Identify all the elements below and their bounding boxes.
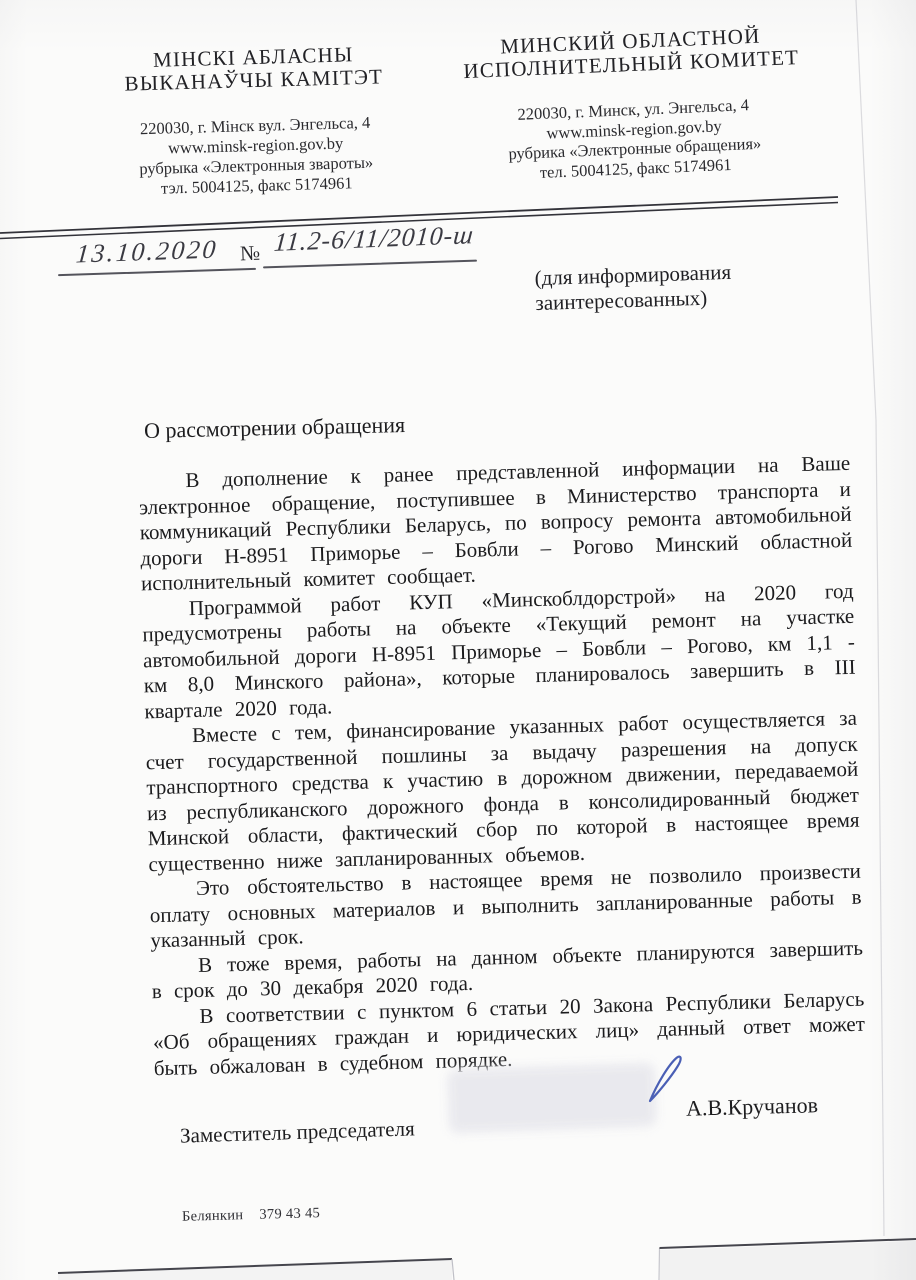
signatory-name: А.В.Кручанов bbox=[686, 1092, 819, 1121]
doc-number-handwritten: 11.2-6/11/2010-ш bbox=[273, 220, 475, 258]
scanner-bed-shadow bbox=[58, 1260, 452, 1280]
body-paragraph: Вместе с тем, финансирование указанных р… bbox=[145, 706, 861, 878]
signature-pen-stroke-icon bbox=[646, 1054, 686, 1104]
letterhead-belarusian: МІНСКІ АБЛАСНЫ ВЫКАНАЎЧЫ КАМІТЭТ 220030,… bbox=[103, 42, 407, 200]
date-underline bbox=[58, 268, 256, 276]
recipient-note: (для информирования заинтересованных) bbox=[534, 258, 793, 315]
signature-smudge bbox=[447, 1062, 657, 1133]
executor-line: Белянкин379 43 45 bbox=[182, 1205, 321, 1226]
executor-name: Белянкин bbox=[182, 1207, 244, 1225]
signatory-title: Заместитель председателя bbox=[180, 1116, 415, 1148]
number-underline bbox=[263, 260, 477, 269]
body-paragraph: В дополнение к ранее представленной инфо… bbox=[138, 451, 853, 597]
paper-edge-line-left bbox=[58, 1259, 452, 1273]
doc-date-handwritten: 13.10.2020 bbox=[75, 234, 220, 269]
org-address-ru: 220030, г. Минск, ул. Энгельса, 4 www.mi… bbox=[448, 92, 821, 185]
scanned-letter-page: МІНСКІ АБЛАСНЫ ВЫКАНАЎЧЫ КАМІТЭТ 220030,… bbox=[0, 0, 916, 1280]
executor-phone: 379 43 45 bbox=[259, 1205, 320, 1223]
paper-edge-line-right bbox=[660, 1239, 916, 1248]
overlap-sheet-edge bbox=[659, 1248, 660, 1280]
subject-line: О рассмотрении обращения bbox=[144, 412, 406, 444]
org-address-by: 220030, г. Мінск вул. Энгельса, 4 www.mi… bbox=[105, 112, 407, 200]
overlap-sheet-edge bbox=[452, 1259, 454, 1280]
number-sign: № bbox=[240, 241, 261, 267]
scanner-bed-shadow bbox=[660, 1241, 916, 1280]
letterhead-russian: МИНСКИЙ ОБЛАСТНОЙ ИСПОЛНИТЕЛЬНЫЙ КОМИТЕТ… bbox=[445, 22, 821, 185]
body-paragraph: Программой работ КУП «Минскоблдорстрой» … bbox=[141, 578, 856, 724]
letter-body: В дополнение к ранее представленной инфо… bbox=[138, 451, 866, 1081]
